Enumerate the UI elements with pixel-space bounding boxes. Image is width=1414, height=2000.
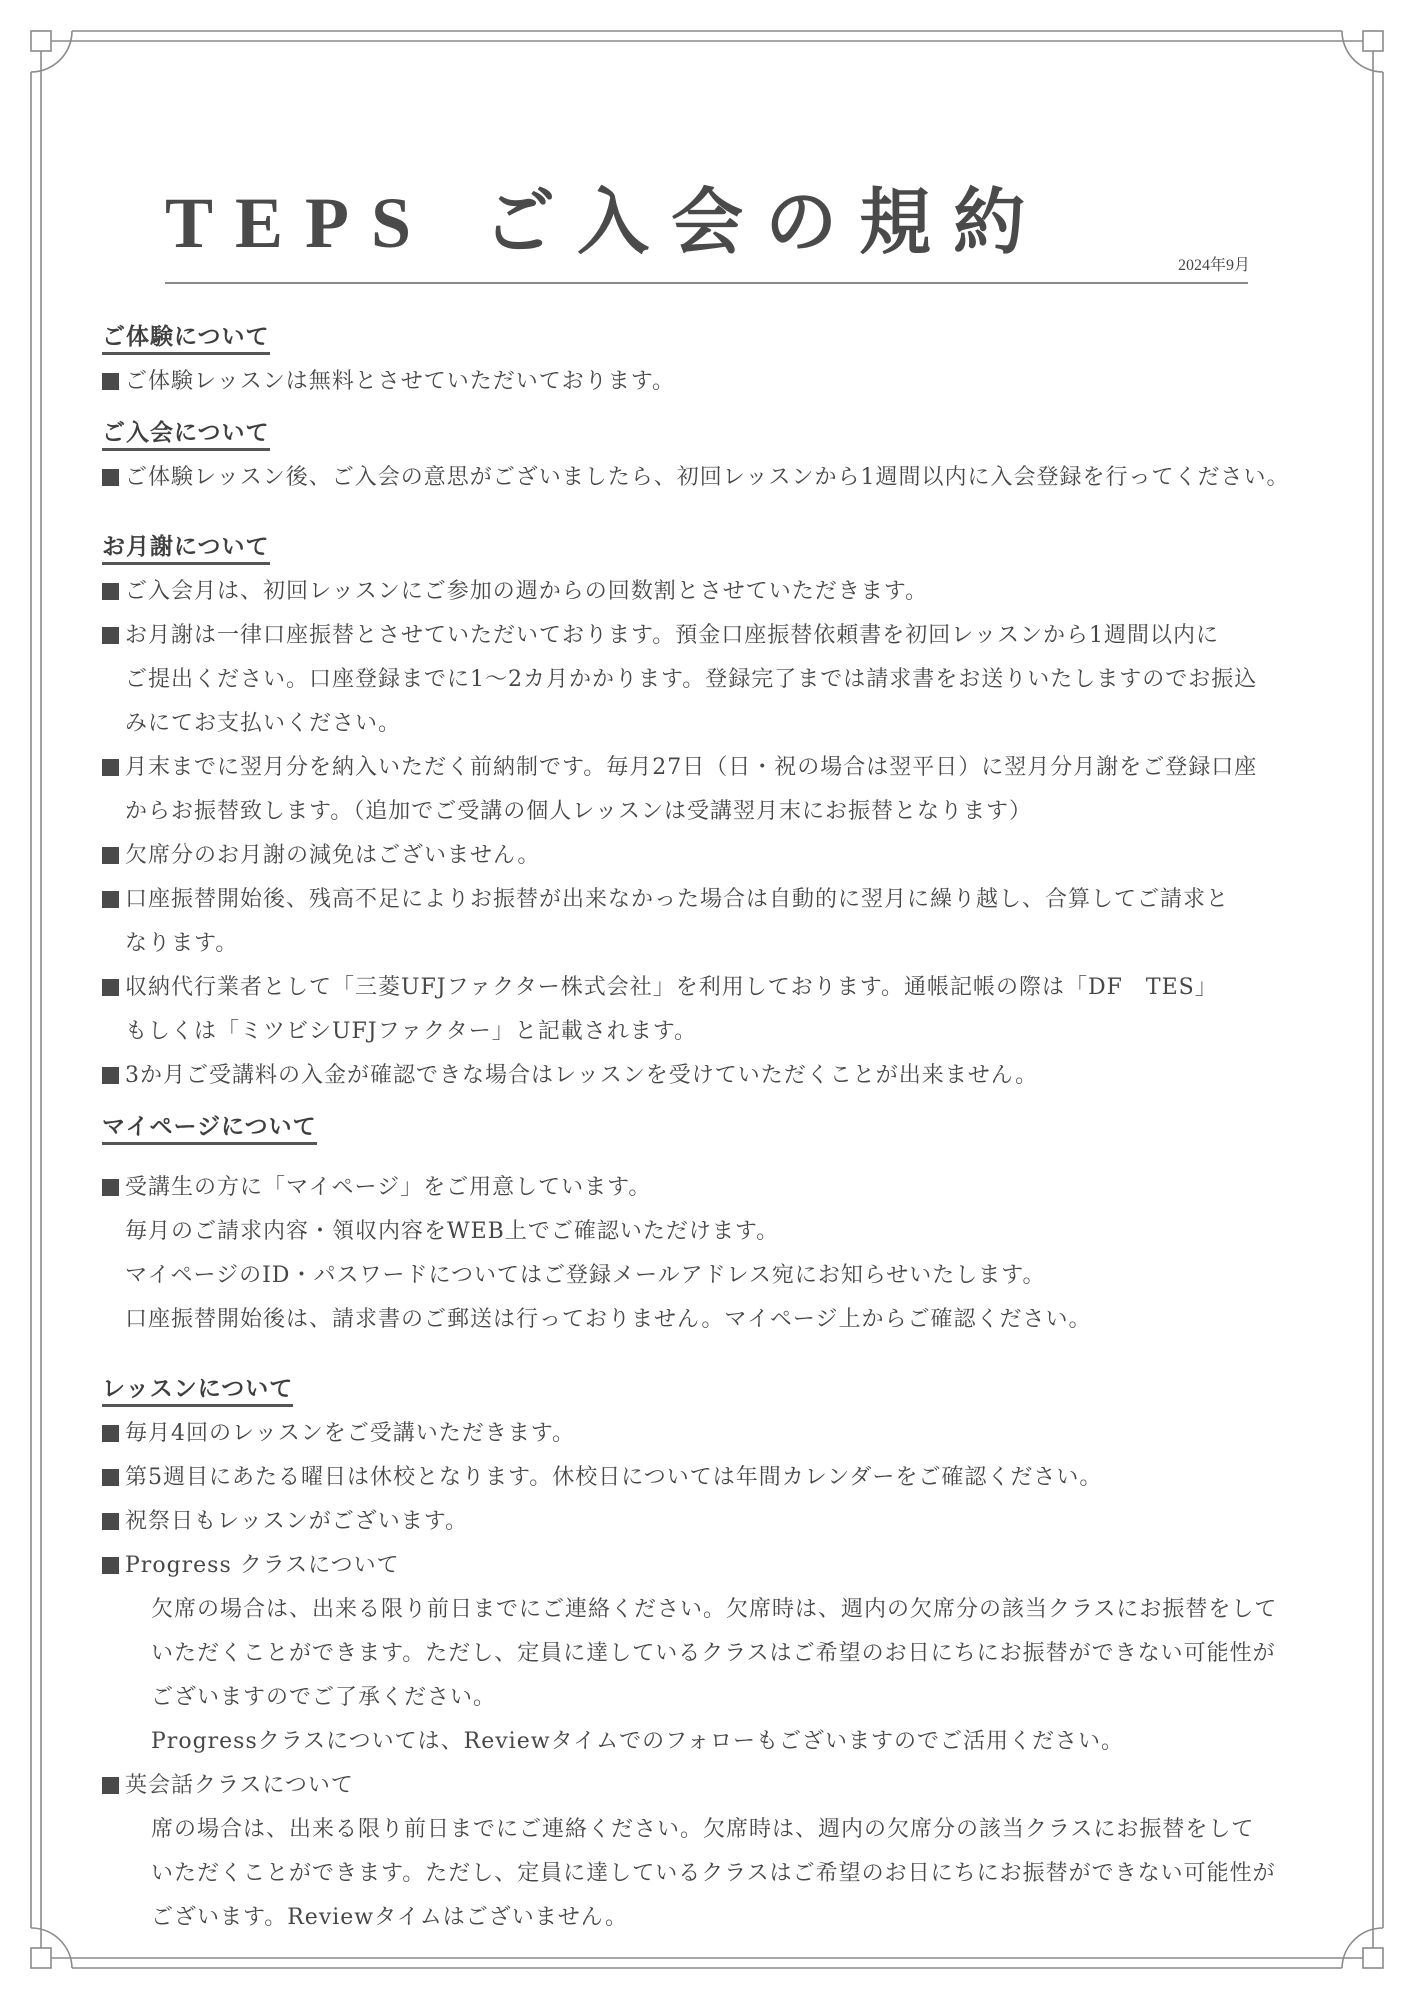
square-bullet-icon	[102, 1067, 119, 1084]
section-heading: お月謝について	[102, 532, 270, 565]
square-bullet-icon	[102, 1469, 119, 1486]
square-bullet-icon	[102, 847, 119, 864]
list-item: 祝祭日もレッスンがございます。	[102, 1500, 1342, 1544]
section-heading: マイページについて	[102, 1112, 317, 1145]
list-item: ご体験レッスンは無料とさせていただいております。	[102, 360, 1342, 404]
issue-date: 2024年9月	[1178, 252, 1250, 275]
square-bullet-icon	[102, 979, 119, 996]
list-item: 収納代行業者として「三菱UFJファクター株式会社」を利用しております。通帳記帳の…	[102, 966, 1342, 1054]
square-bullet-icon	[102, 627, 119, 644]
square-bullet-icon	[102, 759, 119, 776]
list-item: 欠席分のお月謝の減免はございません。	[102, 834, 1342, 878]
section-trial: ご体験について ご体験レッスンは無料とさせていただいております。	[102, 316, 1342, 404]
title-divider	[165, 282, 1248, 284]
square-bullet-icon	[102, 891, 119, 908]
section-heading: ご体験について	[102, 322, 270, 355]
section-lessons: レッスンについて 毎月4回のレッスンをご受講いただきます。 第5週目にあたる曜日…	[102, 1368, 1342, 1940]
list-item: ご体験レッスン後、ご入会の意思がございましたら、初回レッスンから1週間以内に入会…	[102, 456, 1342, 500]
list-item: 3か月ご受講料の入金が確認できな場合はレッスンを受けていただくことが出来ません。	[102, 1054, 1342, 1098]
list-item: ご入会月は、初回レッスンにご参加の週からの回数割とさせていただきます。	[102, 570, 1342, 614]
section-heading: レッスンについて	[102, 1374, 293, 1407]
list-item-conversation-class: 英会話クラスについて席の場合は、出来る限り前日までにご連絡ください。欠席時は、週…	[102, 1764, 1342, 1940]
section-enrollment: ご入会について ご体験レッスン後、ご入会の意思がございましたら、初回レッスンから…	[102, 412, 1342, 500]
list-item: お月謝は一律口座振替とさせていただいております。預金口座振替依頼書を初回レッスン…	[102, 614, 1342, 746]
list-item: 毎月4回のレッスンをご受講いただきます。	[102, 1412, 1342, 1456]
square-bullet-icon	[102, 1425, 119, 1442]
section-monthly-fee: お月謝について ご入会月は、初回レッスンにご参加の週からの回数割とさせていただき…	[102, 526, 1342, 1098]
list-item: 受講生の方に「マイページ」をご用意しています。毎月のご請求内容・領収内容をWEB…	[102, 1166, 1342, 1342]
square-bullet-icon	[102, 1777, 119, 1794]
page-title: TEPSご入会の規約	[165, 168, 1047, 278]
square-bullet-icon	[102, 373, 119, 390]
square-bullet-icon	[102, 1513, 119, 1530]
terms-body: ご体験について ご体験レッスンは無料とさせていただいております。 ご入会について…	[102, 316, 1342, 1940]
square-bullet-icon	[102, 469, 119, 486]
square-bullet-icon	[102, 583, 119, 600]
section-heading: ご入会について	[102, 418, 270, 451]
square-bullet-icon	[102, 1557, 119, 1574]
list-item-progress-class: Progress クラスについて欠席の場合は、出来る限り前日までにご連絡ください…	[102, 1544, 1342, 1764]
title-japanese: ご入会の規約	[483, 183, 1047, 263]
square-bullet-icon	[102, 1179, 119, 1196]
title-latin: TEPS	[165, 183, 433, 263]
list-item: 口座振替開始後、残高不足によりお振替が出来なかった場合は自動的に翌月に繰り越し、…	[102, 878, 1342, 966]
list-item: 第5週目にあたる曜日は休校となります。休校日については年間カレンダーをご確認くだ…	[102, 1456, 1342, 1500]
list-item: 月末までに翌月分を納入いただく前納制です。毎月27日（日・祝の場合は翌平日）に翌…	[102, 746, 1342, 834]
title-block: TEPSご入会の規約 2024年9月	[165, 168, 1250, 278]
section-mypage: マイページについて 受講生の方に「マイページ」をご用意しています。毎月のご請求内…	[102, 1106, 1342, 1342]
